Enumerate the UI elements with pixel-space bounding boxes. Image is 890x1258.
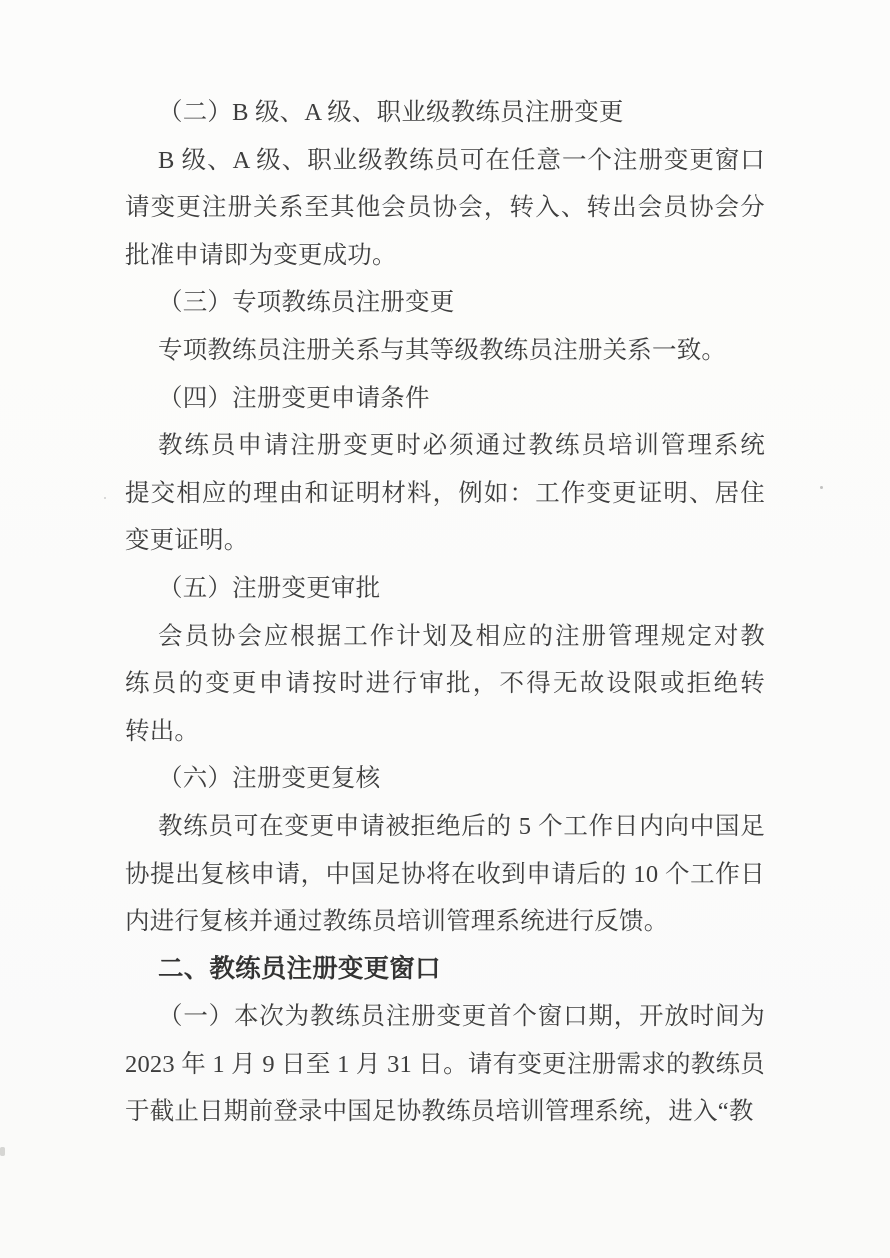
scan-speck	[104, 497, 106, 499]
section-heading: （四）注册变更申请条件	[125, 375, 765, 423]
body-line: 批准申请即为变更成功。	[125, 232, 765, 280]
body-line: 内进行复核并通过教练员培训管理系统进行反馈。	[125, 898, 765, 946]
body-line: 提交相应的理由和证明材料，例如：工作变更证明、居住地	[125, 470, 765, 518]
body-line: 协提出复核申请，中国足协将在收到申请后的 10 个工作日	[125, 851, 765, 899]
body-line: 2023 年 1 月 9 日至 1 月 31 日。请有变更注册需求的教练员	[125, 1041, 765, 1089]
body-line: 变更证明。	[125, 517, 765, 565]
body-line: 转出。	[125, 708, 765, 756]
section-heading: （五）注册变更审批	[125, 565, 765, 613]
body-line: 专项教练员注册关系与其等级教练员注册关系一致。	[125, 327, 765, 375]
body-line: 练员的变更申请按时进行审批，不得无故设限或拒绝转入、	[125, 660, 765, 708]
body-line: B 级、A 级、职业级教练员可在任意一个注册变更窗口申	[125, 137, 765, 185]
body-line: 会员协会应根据工作计划及相应的注册管理规定对教	[125, 613, 765, 661]
section-heading: （三）专项教练员注册变更	[125, 279, 765, 327]
body-line: 教练员申请注册变更时必须通过教练员培训管理系统	[125, 422, 765, 470]
chapter-heading: 二、教练员注册变更窗口	[125, 946, 765, 994]
body-line: 请变更注册关系至其他会员协会，转入、转出会员协会分别	[125, 184, 765, 232]
section-heading: （二）B 级、A 级、职业级教练员注册变更	[125, 89, 765, 137]
scan-speck	[0, 1147, 5, 1156]
scan-speck	[820, 486, 823, 489]
body-line: 于截止日期前登录中国足协教练员培训管理系统，进入“教	[125, 1088, 765, 1136]
document-text-block: （二）B 级、A 级、职业级教练员注册变更B 级、A 级、职业级教练员可在任意一…	[125, 89, 765, 1136]
section-heading: （六）注册变更复核	[125, 755, 765, 803]
body-line: 教练员可在变更申请被拒绝后的 5 个工作日内向中国足	[125, 803, 765, 851]
body-line: （一）本次为教练员注册变更首个窗口期，开放时间为	[125, 993, 765, 1041]
document-page: （二）B 级、A 级、职业级教练员注册变更B 级、A 级、职业级教练员可在任意一…	[0, 0, 890, 1258]
